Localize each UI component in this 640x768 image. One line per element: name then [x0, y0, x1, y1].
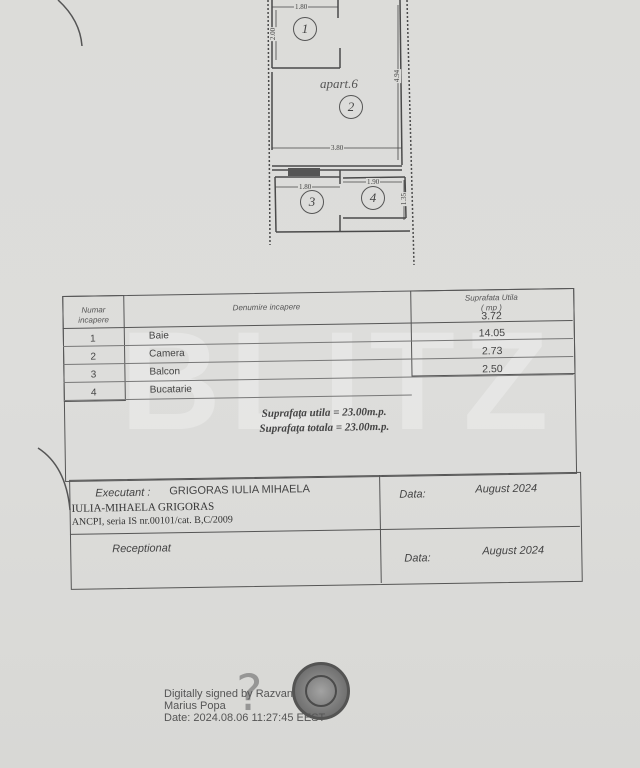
executant-label: Executant :	[95, 487, 150, 500]
row-4-number: 4	[64, 387, 124, 399]
digital-signature-line2: Marius Popa	[164, 700, 325, 712]
window-mark	[288, 168, 320, 176]
row-4-name: Bucatarie	[150, 384, 192, 396]
row-2-area: 14.05	[411, 326, 573, 341]
document-page: 1.80 2.00 3.80 4.94 1.80 1.90 1.35 apart…	[0, 0, 640, 768]
row-3-name: Balcon	[149, 366, 180, 377]
row-1-number: 1	[63, 333, 123, 345]
dim-room4-height: 1.35	[400, 192, 408, 206]
digital-signature: Digitally signed by Razvan Marius Popa D…	[164, 688, 325, 724]
room-number-2: 2	[339, 95, 363, 119]
room-number-3: 3	[300, 190, 324, 214]
apartment-label: apart.6	[320, 76, 358, 92]
room-table-sheet: Numar incapere Denumire incapere Suprafa…	[62, 274, 587, 592]
digital-signature-line1: Digitally signed by Razvan	[164, 688, 325, 700]
receptionat-label: Receptionat	[112, 542, 171, 555]
executant-date: August 2024	[475, 483, 537, 496]
row-4-area: 2.50	[411, 362, 573, 377]
row-2-name: Camera	[149, 348, 185, 360]
header-number: Numar incapere	[64, 305, 122, 326]
floor-plan-walls	[0, 0, 640, 270]
room-number-4: 4	[361, 186, 385, 210]
digital-signature-line3: Date: 2024.08.06 11:27:45 EEST	[164, 712, 325, 724]
dim-total-height: 4.94	[393, 69, 401, 83]
executant-sign-name: IULIA-MIHAELA GRIGORAS	[71, 501, 214, 515]
header-number-line2: incapere	[65, 315, 123, 326]
dim-room4-width: 1.90	[366, 178, 380, 186]
row-3-number: 3	[63, 369, 123, 381]
executant-date-label: Data:	[399, 488, 425, 500]
row-1-name: Baie	[149, 330, 169, 341]
row-1-area: 3.72	[411, 309, 573, 324]
row-3-area: 2.73	[411, 344, 573, 359]
executant-name: GRIGORAS IULIA MIHAELA	[169, 483, 310, 497]
floor-plan: 1.80 2.00 3.80 4.94 1.80 1.90 1.35 apart…	[0, 0, 640, 270]
receptionat-date-label: Data:	[404, 552, 430, 564]
dim-room1-width: 1.80	[294, 3, 308, 11]
dim-room2-width: 3.80	[330, 144, 344, 152]
row-2-number: 2	[63, 351, 123, 363]
room-number-1: 1	[293, 17, 317, 41]
receptionat-date: August 2024	[482, 544, 544, 557]
dim-room1-height: 2.00	[269, 27, 277, 41]
